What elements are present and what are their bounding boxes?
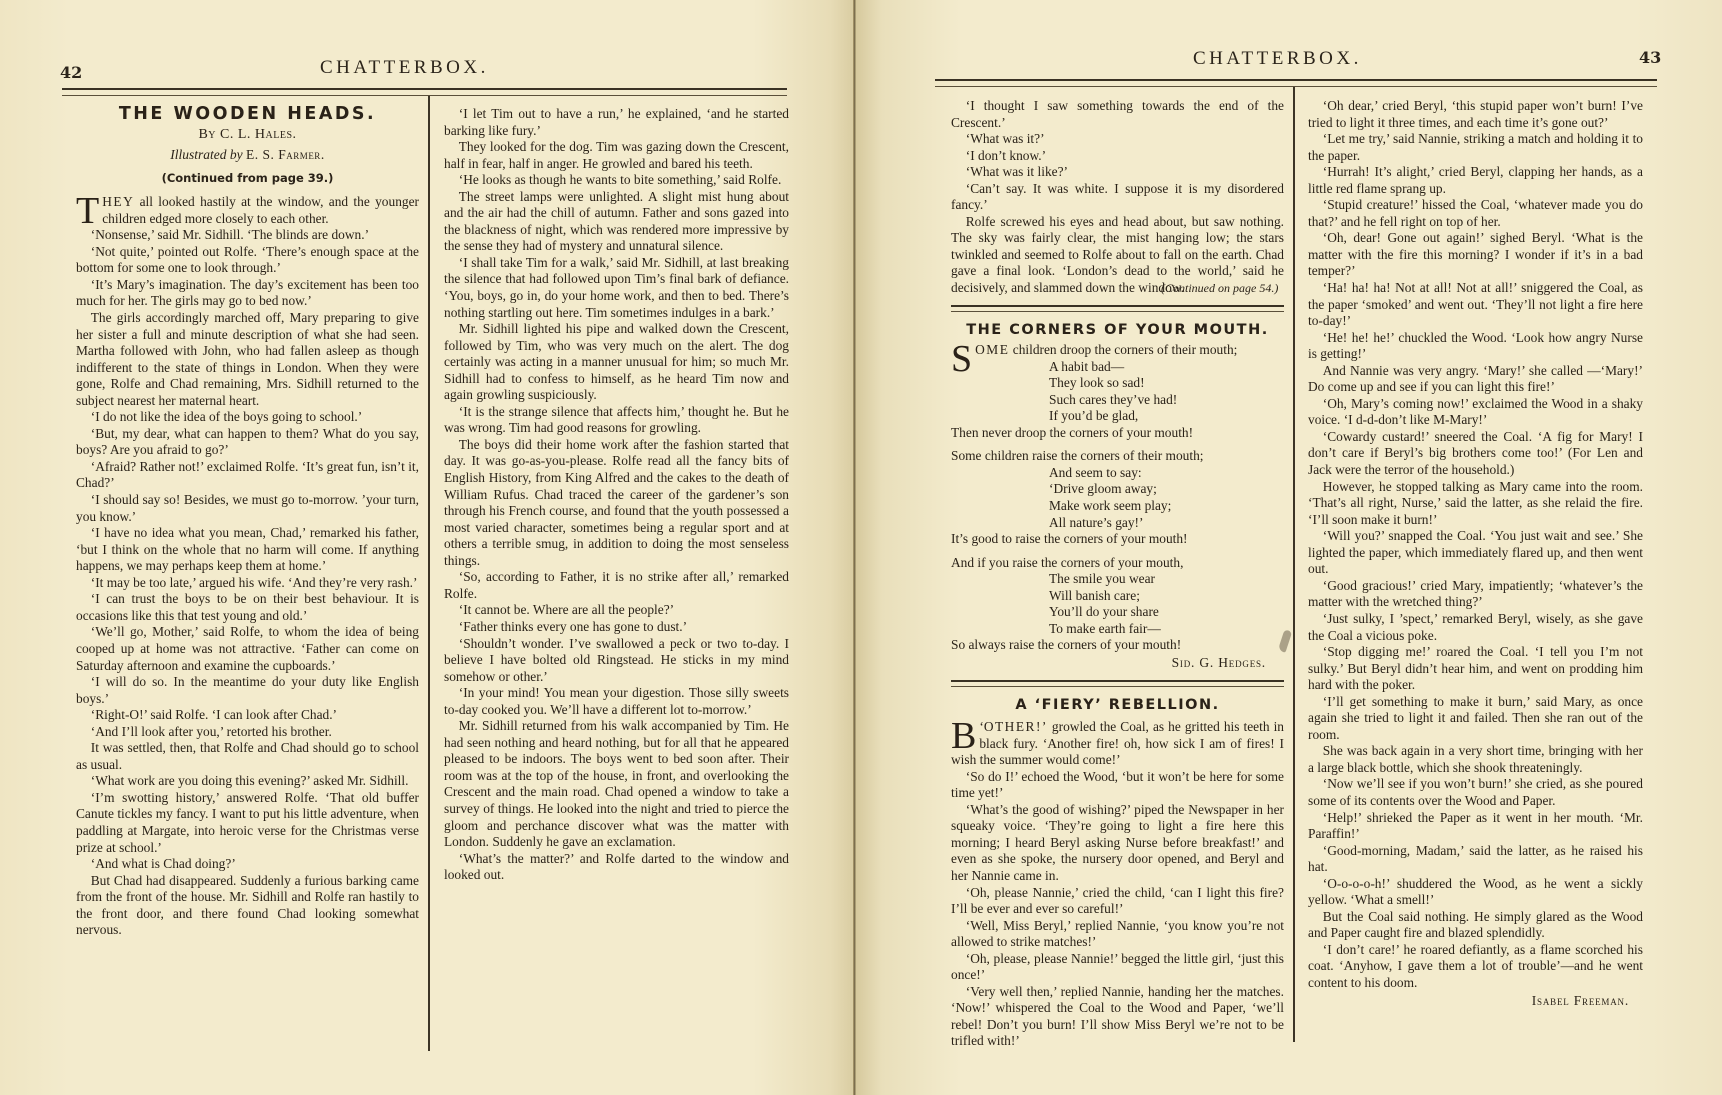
paragraph: The street lamps were unlighted. A sligh… xyxy=(444,189,789,255)
section-rule xyxy=(951,680,1284,687)
section-rule xyxy=(951,305,1284,312)
paragraph: ‘Stop digging me!’ roared the Coal. ‘I t… xyxy=(1308,644,1643,694)
opening-paragraph: ‘BOTHER!’ growled the Coal, as he gritte… xyxy=(951,719,1284,769)
paragraph: The girls accordingly marched off, Mary … xyxy=(76,310,419,409)
poem-line: Such cares they’ve had! xyxy=(951,392,1284,409)
article-column: ‘I let Tim out to have a run,’ he explai… xyxy=(444,106,789,884)
poem-line: Make work seem play; xyxy=(951,498,1284,515)
paragraph: ‘Right-O!’ said Rolfe. ‘I can look after… xyxy=(76,707,419,724)
right-page: CHATTERBOX. 43 ‘I thought I saw somethin… xyxy=(856,0,1722,1095)
paragraph: ‘Help!’ shrieked the Paper as it went in… xyxy=(1308,810,1643,843)
poem-line: And seem to say: xyxy=(951,465,1284,482)
page-number: 43 xyxy=(1639,48,1661,67)
header-rule xyxy=(62,88,787,96)
paragraph: They looked for the dog. Tim was gazing … xyxy=(444,139,789,172)
paragraph: ‘I will do so. In the meantime do your d… xyxy=(76,674,419,707)
paragraph: ‘What work are you doing this evening?’ … xyxy=(76,773,419,790)
paragraph: The boys did their home work after the f… xyxy=(444,437,789,569)
paragraph: ‘It cannot be. Where are all the people?… xyxy=(444,602,789,619)
paragraph: ‘I thought I saw something towards the e… xyxy=(951,98,1284,131)
paragraph: ‘Very well then,’ replied Nannie, handin… xyxy=(951,984,1284,1050)
paragraph: ‘He! he! he!’ chuckled the Wood. ‘Look h… xyxy=(1308,330,1643,363)
paragraph: But Chad had disappeared. Suddenly a fur… xyxy=(76,873,419,939)
paragraph: ‘Hurrah! It’s alight,’ cried Beryl, clap… xyxy=(1308,164,1643,197)
paragraph: ‘What’s the matter?’ and Rolfe darted to… xyxy=(444,851,789,884)
story-author: Isabel Freeman. xyxy=(1308,993,1643,1010)
drop-cap: S xyxy=(951,344,972,374)
poem-line: All nature’s gay!’ xyxy=(951,515,1284,532)
paragraph: ‘O-o-o-o-h!’ shuddered the Wood, as he w… xyxy=(1308,876,1643,909)
page-number: 42 xyxy=(60,63,82,82)
article-column: ‘Oh dear,’ cried Beryl, ‘this stupid pap… xyxy=(1308,98,1643,1009)
paragraph: ‘Oh, please Nannie,’ cried the child, ‘c… xyxy=(951,885,1284,918)
poem: SOME children droop the corners of their… xyxy=(951,342,1284,654)
poem-line: It’s good to raise the corners of your m… xyxy=(951,531,1284,548)
column-divider xyxy=(428,96,430,1051)
header-rule xyxy=(935,79,1657,87)
paragraph: She was back again in a very short time,… xyxy=(1308,743,1643,776)
left-page: 42 CHATTERBOX. THE WOODEN HEADS. By C. L… xyxy=(0,0,856,1095)
paragraph: ‘It may be too late,’ argued his wife. ‘… xyxy=(76,575,419,592)
paragraph: ‘It’s Mary’s imagination. The day’s exci… xyxy=(76,277,419,310)
running-head: CHATTERBOX. xyxy=(1193,48,1362,70)
continued-from-note: (Continued from page 39.) xyxy=(76,170,419,187)
poem-line: They look so sad! xyxy=(951,375,1284,392)
poem-line: The smile you wear xyxy=(951,571,1284,588)
continued-on-note: (Continued on page 54.) xyxy=(1161,281,1278,295)
paragraph: ‘Good gracious!’ cried Mary, impatiently… xyxy=(1308,578,1643,611)
article-column: THE WOODEN HEADS. By C. L. Hales. Illust… xyxy=(76,106,419,939)
paragraph: ‘Not quite,’ pointed out Rolfe. ‘There’s… xyxy=(76,244,419,277)
article-title: THE WOODEN HEADS. xyxy=(76,106,419,123)
running-head: CHATTERBOX. xyxy=(320,57,489,79)
poem-line: And if you raise the corners of your mou… xyxy=(951,555,1284,572)
paragraph: ‘And what is Chad doing?’ xyxy=(76,856,419,873)
paragraph: ‘He looks as though he wants to bite som… xyxy=(444,172,789,189)
paragraph: It was settled, then, that Rolfe and Cha… xyxy=(76,740,419,773)
paragraph: ‘Nonsense,’ said Mr. Sidhill. ‘The blind… xyxy=(76,227,419,244)
paragraph: ‘Oh, Mary’s coming now!’ exclaimed the W… xyxy=(1308,396,1643,429)
poem-line: A habit bad— xyxy=(951,359,1284,376)
paragraph: ‘So do I!’ echoed the Wood, ‘but it won’… xyxy=(951,769,1284,802)
paragraph: ‘Stupid creature!’ hissed the Coal, ‘wha… xyxy=(1308,197,1643,230)
poem-line: Then never droop the corners of your mou… xyxy=(951,425,1284,442)
paragraph: ‘I don’t know.’ xyxy=(951,148,1284,165)
paragraph: ‘Oh, please, please Nannie!’ begged the … xyxy=(951,951,1284,984)
paragraph: ‘Cowardy custard!’ sneered the Coal. ‘A … xyxy=(1308,429,1643,479)
paragraph: Mr. Sidhill returned from his walk accom… xyxy=(444,718,789,850)
illustrator-credit: Illustrated by E. S. Farmer. xyxy=(76,147,419,164)
paragraph: ‘Shouldn’t wonder. I’ve swallowed a peck… xyxy=(444,636,789,686)
poem-title: THE CORNERS OF YOUR MOUTH. xyxy=(951,322,1284,339)
paragraph: ‘I’m swotting history,’ answered Rolfe. … xyxy=(76,790,419,856)
poem-line: So always raise the corners of your mout… xyxy=(951,637,1284,654)
paragraph: However, he stopped talking as Mary came… xyxy=(1308,479,1643,529)
paragraph: ‘But, my dear, what can happen to them? … xyxy=(76,426,419,459)
paragraph: ‘What was it?’ xyxy=(951,131,1284,148)
poem-line: You’ll do your share xyxy=(951,604,1284,621)
poem-line: To make earth fair— xyxy=(951,621,1284,638)
paragraph-list: ‘So do I!’ echoed the Wood, ‘but it won’… xyxy=(951,769,1284,1050)
paragraph-list: ‘Nonsense,’ said Mr. Sidhill. ‘The blind… xyxy=(76,227,419,939)
paragraph: ‘Ha! ha! ha! Not at all! Not at all!’ sn… xyxy=(1308,280,1643,330)
drop-cap: B xyxy=(951,721,976,751)
poem-line: If you’d be glad, xyxy=(951,408,1284,425)
poem-line: Will banish care; xyxy=(951,588,1284,605)
paragraph: ‘Just sulky, I ’spect,’ remarked Beryl, … xyxy=(1308,611,1643,644)
paragraph: Mr. Sidhill lighted his pipe and walked … xyxy=(444,321,789,404)
paragraph: ‘It is the strange silence that affects … xyxy=(444,404,789,437)
paragraph: ‘I have no idea what you mean, Chad,’ re… xyxy=(76,525,419,575)
poem-line: Some children raise the corners of their… xyxy=(951,448,1284,465)
paragraph: ‘Oh, dear! Gone out again!’ sighed Beryl… xyxy=(1308,230,1643,280)
paragraph-list: ‘I let Tim out to have a run,’ he explai… xyxy=(444,106,789,884)
opening-paragraph: THEY all looked hastily at the window, a… xyxy=(76,194,419,227)
drop-cap: T xyxy=(76,196,99,226)
paragraph: ‘Can’t say. It was white. I suppose it i… xyxy=(951,181,1284,214)
paragraph: ‘What was it like?’ xyxy=(951,164,1284,181)
paragraph: ‘And I’ll look after you,’ retorted his … xyxy=(76,724,419,741)
poem-author: Sid. G. Hedges. xyxy=(951,655,1284,672)
paragraph: But the Coal said nothing. He simply gla… xyxy=(1308,909,1643,942)
paragraph: ‘Will you?’ snapped the Coal. ‘You just … xyxy=(1308,528,1643,578)
paragraph: ‘Afraid? Rather not!’ exclaimed Rolfe. ‘… xyxy=(76,459,419,492)
paragraph: ‘So, according to Father, it is no strik… xyxy=(444,569,789,602)
poem-line: SOME children droop the corners of their… xyxy=(951,342,1284,359)
paragraph: ‘I let Tim out to have a run,’ he explai… xyxy=(444,106,789,139)
paragraph: ‘I’ll get something to make it burn,’ sa… xyxy=(1308,694,1643,744)
article-column: ‘I thought I saw something towards the e… xyxy=(951,98,1284,1050)
paragraph: And Nannie was very angry. ‘Mary!’ she c… xyxy=(1308,363,1643,396)
paragraph: ‘In your mind! You mean your digestion. … xyxy=(444,685,789,718)
illustrated-label: Illustrated by xyxy=(170,147,242,162)
paragraph: ‘We’ll go, Mother,’ said Rolfe, to whom … xyxy=(76,624,419,674)
poem-line: ‘Drive gloom away; xyxy=(951,481,1284,498)
paragraph: ‘What’s the good of wishing?’ piped the … xyxy=(951,802,1284,885)
illustrator-name: E. S. Farmer. xyxy=(246,147,325,162)
paragraph: ‘I shall take Tim for a walk,’ said Mr. … xyxy=(444,255,789,321)
paragraph: ‘Now we’ll see if you won’t burn!’ she c… xyxy=(1308,776,1643,809)
paragraph: ‘I don’t care!’ he roared defiantly, as … xyxy=(1308,942,1643,992)
paragraph-list: ‘Oh dear,’ cried Beryl, ‘this stupid pap… xyxy=(1308,98,1643,992)
paragraph: ‘Oh dear,’ cried Beryl, ‘this stupid pap… xyxy=(1308,98,1643,131)
paragraph: ‘I do not like the idea of the boys goin… xyxy=(76,409,419,426)
column-divider xyxy=(1293,87,1295,1042)
rebellion-title: A ‘FIERY’ REBELLION. xyxy=(951,697,1284,714)
paragraph: ‘I should say so! Besides, we must go to… xyxy=(76,492,419,525)
paragraph: ‘Well, Miss Beryl,’ replied Nannie, ‘you… xyxy=(951,918,1284,951)
story-continuation: ‘I thought I saw something towards the e… xyxy=(951,98,1284,297)
paragraph: ‘Let me try,’ said Nannie, striking a ma… xyxy=(1308,131,1643,164)
paragraph: ‘I can trust the boys to be on their bes… xyxy=(76,591,419,624)
paragraph: ‘Father thinks every one has gone to dus… xyxy=(444,619,789,636)
article-byline: By C. L. Hales. xyxy=(76,127,419,144)
paragraph: ‘Good-morning, Madam,’ said the latter, … xyxy=(1308,843,1643,876)
